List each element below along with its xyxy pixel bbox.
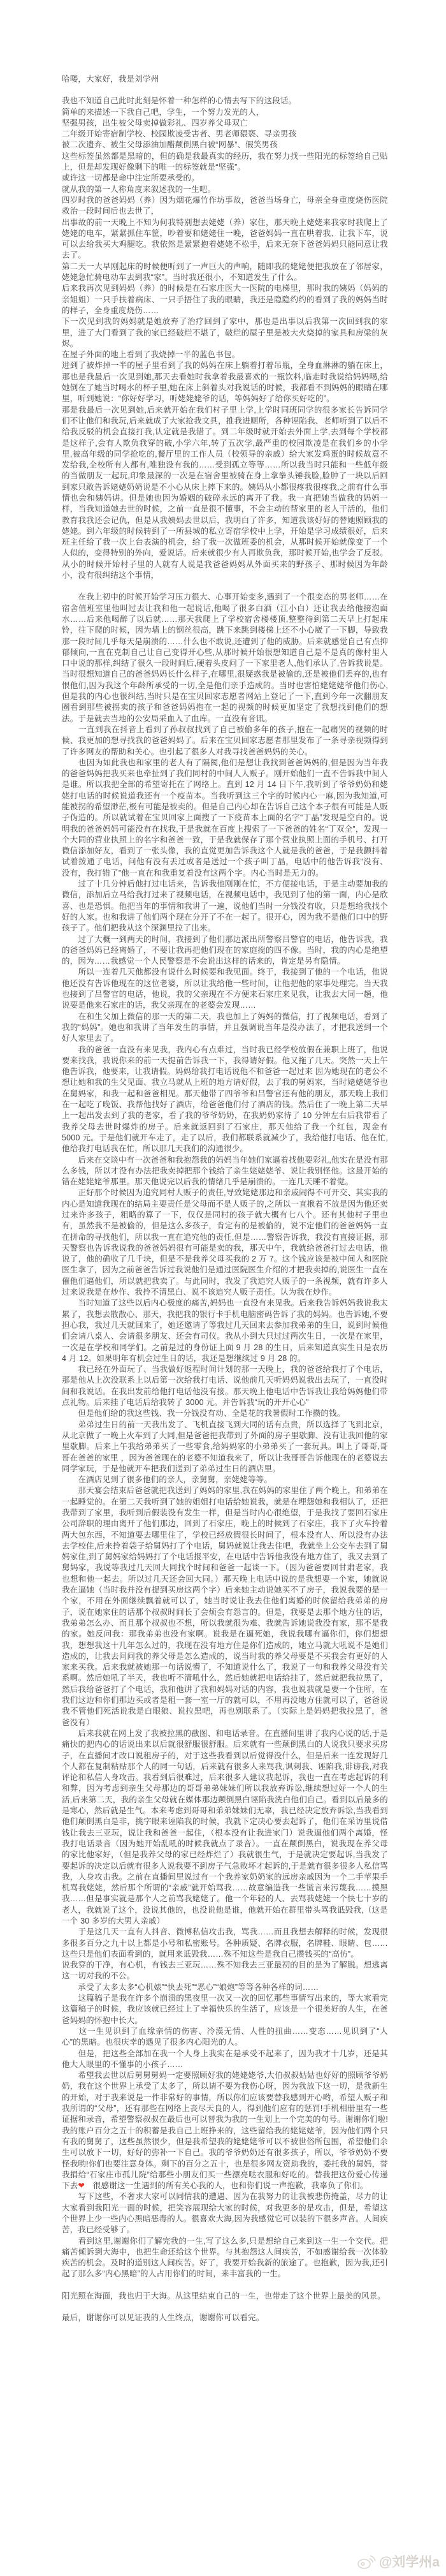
- letter-paragraph: 说我穿的干净，有心机，有钱去三亚玩……殊不知我去三亚最初的目的是为了解脱。想逃离…: [62, 1960, 388, 1982]
- weibo-watermark: @刘学州a: [357, 2552, 440, 2571]
- letter-paragraph: 我已经在外面玩了、当我做好返程时间计划的那一天晚上，我的爸爸给我打了个电话，那是…: [62, 1364, 388, 1408]
- letter-paragraph: 那天宴会结束后爸爸就把我送到了妈妈的家里,我在妈妈的家里住了两个晚上，和弟弟在一…: [62, 1485, 388, 1728]
- weibo-logo-icon: [357, 2553, 376, 2570]
- letter-paragraph: 哈喽，大家好，我是刘学州: [62, 74, 388, 85]
- letter-paragraph: 在和生父加上微信的那一天的第二天，我也加上了妈妈的微信，打了视频电话，看到了我的…: [62, 1012, 388, 1045]
- letter-paragraph: 后来我就在网上发了我被拉黑的截图、和电话录音。在直播间里讲了我内心说的话,于是痛…: [62, 1728, 388, 1927]
- letter-paragraph: 弟弟过生日的前一天我出发了、飞机直接飞到大同的话有点贵，所以选择了飞到北京，从北…: [62, 1420, 388, 1475]
- letter-paragraph: 一直到我在抖音上看到了孙叔叔找到了自己被偷多年的孩子,抱在一起痛哭的视频的时候、…: [62, 725, 388, 758]
- letter-paragraph: 正好那个时候因为追究同村人贩子的责任,导致姥姥那边和亲戚闹得不可开交、其实我的内…: [62, 1188, 388, 1298]
- letter-paragraph: 但是，把这些全部加在我一个人身上我实在是承受不起来了，因为我才十几岁，还是其他大…: [62, 2049, 388, 2071]
- letter-paragraph: 承受了太多太多“心机婊”“快去死”“恶心”“娘炮”等等各种各样的词……: [62, 1982, 388, 1993]
- letter-paragraph: 过了大概一到两天的时间，我接到了他们那边派出所警察吕警官的电话，他告诉我，我的爸…: [62, 934, 388, 968]
- letter-paragraph: 我的爸爸一直没有来见我，我内心有点难过，当时我已经学校放假在兼职上班了，他说要来…: [62, 1045, 388, 1155]
- letter-paragraph: 在酒店见到了很多他们的亲人，亲舅舅，亲姥姥等等。: [62, 1475, 388, 1485]
- letter-paragraph: 出事故的前一天晚上不知为何我特别想去姥姥（养）家住，那天晚上姥姥来我家时我爬上了…: [62, 217, 388, 261]
- paragraph-spacer: [62, 581, 388, 592]
- letter-paragraph: 后来我再次见到妈妈（养）的时候是在石家庄医大一医院的电梯里，那时我的姨妈（妈妈的…: [62, 283, 388, 316]
- letter-paragraph: 下一次见到我的妈妈就是她放弃了治疗回到了家中，那也是出事以后我第一次回到我的家里…: [62, 316, 388, 350]
- letter-paragraph: 或许这一切都是命中注定所要承受的。: [62, 173, 388, 184]
- letter-paragraph: 这些标签虽然都是黑暗的，但的确是我最真实的经历，我在努力找一些阳光的标签给自己贴…: [62, 151, 388, 173]
- letter-paragraph: 二年级开始寄宿制学校、校园欺凌受害者、男老师猥亵、寻亲男孩: [62, 129, 388, 140]
- letter-paragraph: 最后，谢谢你可以见证我的人生终点，谢谢你可以看完。: [62, 2313, 388, 2323]
- letter-paragraph: 阳光照在海面，我也归于大海。从这里结束自己的一生，也带走了这个世界上最美的风景。: [62, 2291, 388, 2302]
- letter-paragraph: 坚强男孩，出生被父母卖掉做彩礼、四岁养父母双亡: [62, 118, 388, 129]
- letter-body: 哈喽，大家好，我是刘学州我也不知道自己此时此刻是怀着一种怎样的心情去写下的这段话…: [62, 74, 388, 2323]
- letter-page: 哈喽，大家好，我是刘学州我也不知道自己此时此刻是怀着一种怎样的心情去写下的这段话…: [0, 0, 446, 2576]
- letter-paragraph: 简单的来描述一下我自己吧，学生，一个努力发光的人，: [62, 107, 388, 118]
- letter-paragraph: 那是我最后一次见到她,后来就开始在我们村子里上学,上学时同班同学的很多家长告诉同…: [62, 405, 388, 582]
- paragraph-spacer: [62, 85, 388, 96]
- letter-paragraph: 看到这里,谢谢你们了解完我的一生,写了这么多,只是想给自己来到这一生一个交代。把…: [62, 2236, 388, 2280]
- paragraph-spacer: [62, 2280, 388, 2291]
- letter-paragraph: 在屋子外面的地上看到了我烧掉一半的蓝色书包。: [62, 350, 388, 360]
- letter-paragraph: 第二天一大早刚起床的时候便听到了一声巨大的声响，随即我的姥姥便把我放在了邻居家，…: [62, 261, 388, 284]
- letter-paragraph: 过了十几分钟后他打过电话来，告诉我他刚刚在忙，不方便接电话，于是主动要加我的微信…: [62, 879, 388, 934]
- paragraph-spacer: [62, 2302, 388, 2313]
- letter-paragraph: 这篇稿子是我在许多个崩溃的黑夜里一次又一次的回忆那些事情写出来的，等大家看完这篇…: [62, 1993, 388, 2026]
- watermark-username: @刘学州a: [379, 2552, 440, 2571]
- letter-paragraph: 被二次遗弃、被生父母添油加醋颠倒黑白被“网暴”、假笑男孩: [62, 140, 388, 151]
- letter-paragraph: 但是他们给的我这些钱、我一分钱没有动、全是花的我暑假时工作攒的钱。: [62, 1408, 388, 1419]
- letter-paragraph: 在我上初中的时候开始学习压力很大、心事开始变多,遇到了一个很变态的男老师……在宿…: [62, 592, 388, 725]
- red-heart-icon: ❤: [78, 2181, 85, 2190]
- letter-paragraph: 这一生见识到了血缘亲情的伤害、冷漠无情、人性的扭曲……变态……见识到了“人心”的…: [62, 2026, 388, 2049]
- letter-paragraph: 我也不知道自己此时此刻是怀着一种怎样的心情去写下的这段话。: [62, 96, 388, 107]
- letter-paragraph: 所以一连着几天他都没有说什么时候要和我见面。终于，我接到了他的一个电话，他说他还…: [62, 967, 388, 1011]
- letter-paragraph: 当时知道了这些以后内心极度的痛苦,妈妈也一直没有来见我。后来我告诉妈妈我说我太累…: [62, 1298, 388, 1364]
- letter-paragraph: 也因为如此我也和家里的老人有了隔阂,他们是想让我找到爸爸妈妈的,但是因为当年我的…: [62, 758, 388, 879]
- letter-paragraph: 后来在交谈中有一次爸爸和我抱怨我的妈妈当年她们家逼着找他要彩礼,他实在是没有那么…: [62, 1155, 388, 1188]
- letter-paragraph: 写下这些，不奢求大家可以同情我的遭遇、因为在我努力的让我被悲伤掩盖，尽力的让大家…: [62, 2191, 388, 2235]
- letter-paragraph: 于是这几天一直有人抖音、微博私信攻击我，骂我……而且我想去解释的时候，发现很多很…: [62, 1927, 388, 1960]
- letter-paragraph: 进到了被炸掉一半的屋子里看到了我的妈妈在床上躺着打着吊瓶，全身血淋淋的躺在床上，…: [62, 360, 388, 404]
- letter-paragraph: 希望我去世以后舅舅舅妈一定要照顾好我的姥姥姥爷,大伯叔叔姑姑也好好的照顾爷爷奶奶…: [62, 2070, 388, 2191]
- letter-paragraph: 就从我的第一人称角度来叙述我的一生吧。: [62, 184, 388, 195]
- letter-paragraph: 四岁时我的爸爸妈妈（养）因为烟花爆竹作坊事故，爸爸当场身亡，母亲全身重度烧伤医院…: [62, 195, 388, 217]
